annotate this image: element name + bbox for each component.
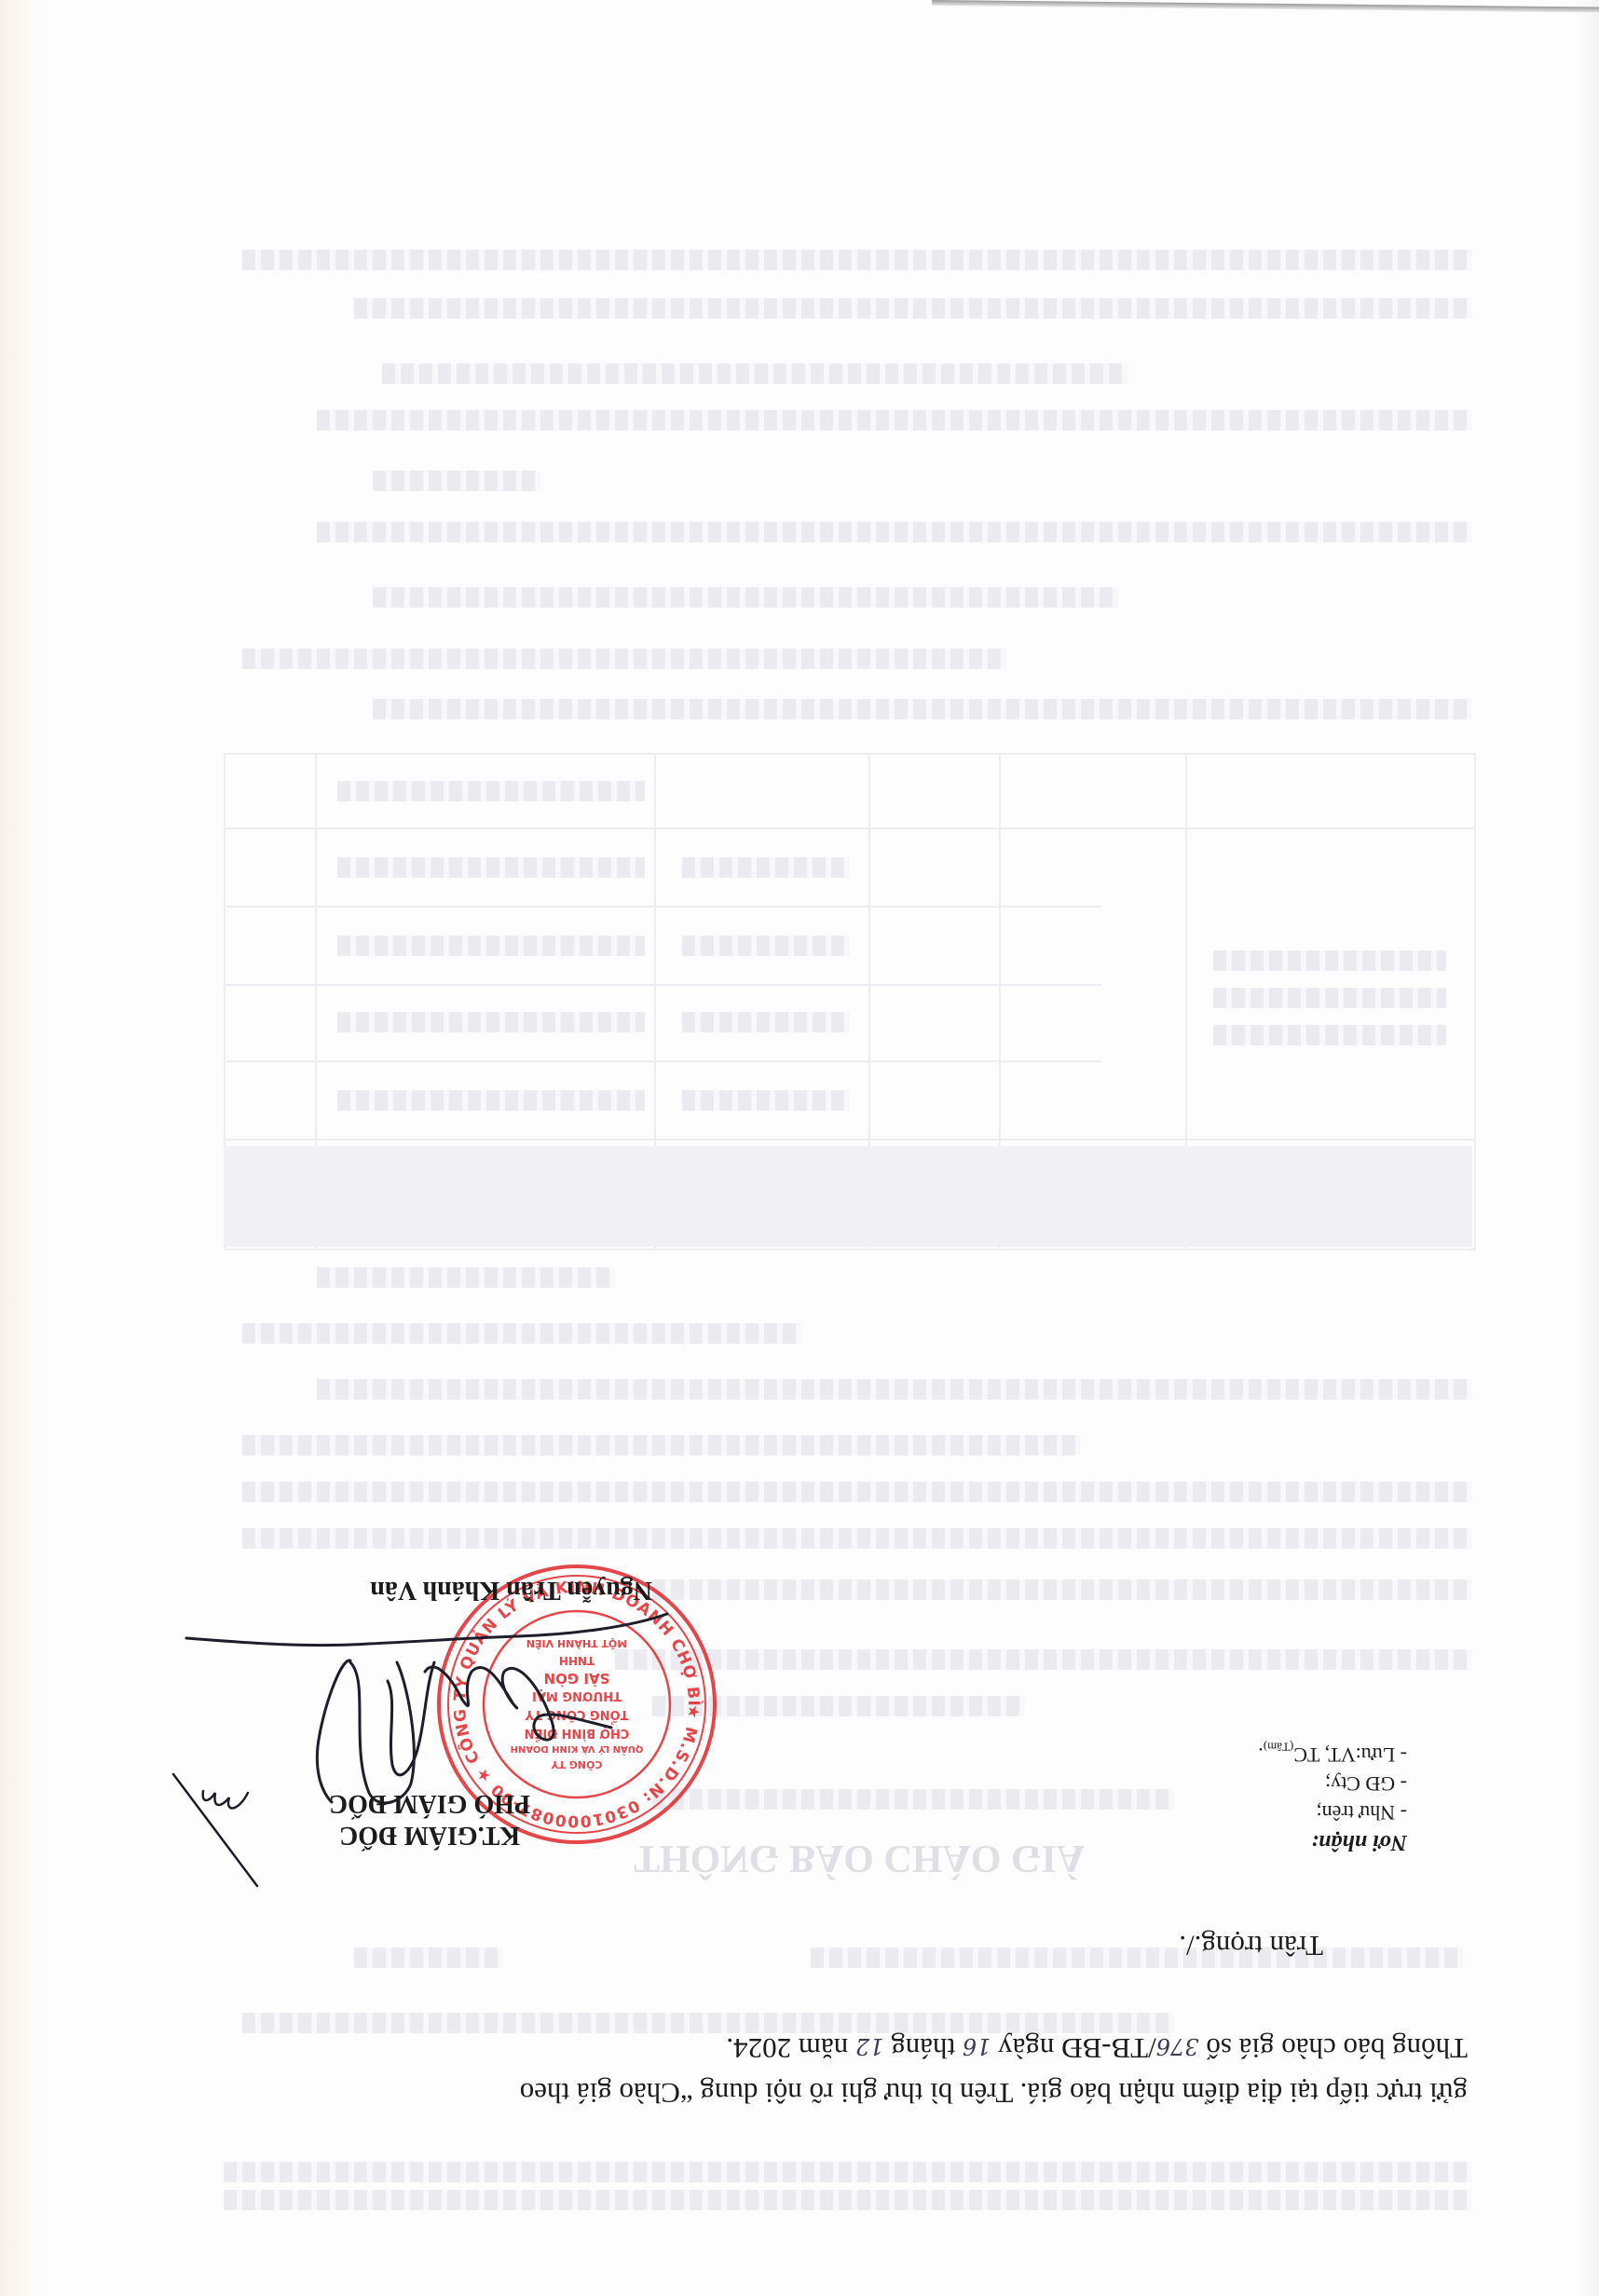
recipient-item: - GĐ Cty; <box>1258 1770 1407 1798</box>
recipients-title: Nơi nhận: <box>1258 1827 1407 1856</box>
recipient-item-text: - Lưu:VT, TC <box>1293 1743 1407 1767</box>
signer-name: Nguyễn Trần Khánh Vân <box>370 1575 652 1605</box>
month-label: tháng <box>883 2032 962 2065</box>
notice-number-handwritten: 376 <box>1156 2033 1199 2059</box>
year-text: năm 2024. <box>726 2032 855 2065</box>
notice-mid: /TB-BĐ ngày <box>991 2032 1155 2065</box>
body-line-2: Thông báo chào giá số 376/TB-BĐ ngày 16 … <box>726 2031 1468 2065</box>
notice-prefix: Thông báo chào giá số <box>1199 2032 1468 2065</box>
day-handwritten: 16 <box>963 2033 991 2059</box>
month-handwritten: 12 <box>855 2033 884 2059</box>
initial-mark <box>155 1765 266 1895</box>
body-line-1: gửi trực tiếp tại địa điểm nhận báo giá.… <box>520 2076 1468 2110</box>
document-content: gửi trực tiếp tại địa điểm nhận báo giá.… <box>0 0 1599 2296</box>
recipient-item: - Lưu:VT, TC(Tâm). <box>1258 1733 1407 1770</box>
recipient-item-subscript: (Tâm) <box>1264 1741 1293 1755</box>
recipient-item: - Như trên; <box>1258 1798 1407 1827</box>
recipient-item-suffix: . <box>1258 1743 1264 1767</box>
closing-text: Trân trọng./. <box>1179 1929 1323 1962</box>
recipients-block: Nơi nhận: - Như trên; - GĐ Cty; - Lưu:VT… <box>1258 1733 1407 1856</box>
